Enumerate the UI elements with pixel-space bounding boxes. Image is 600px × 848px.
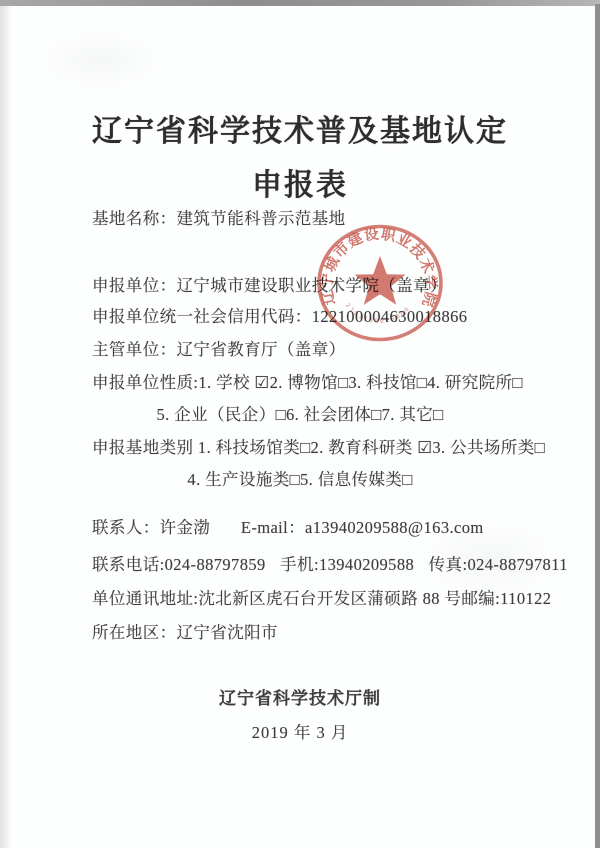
field-region: 所在地区：辽宁省沈阳市 — [92, 619, 278, 643]
scanned-application-form: 辽宁省科学技术普及基地认定 申报表 基地名称：建筑节能科普示范基地 申报单位：辽… — [0, 0, 600, 848]
field-unit-nature-line2: 5. 企业（民企）□6. 社会团体□7. 其它□ — [0, 401, 600, 425]
svg-text:2101130018866: 2101130018866 — [344, 302, 412, 325]
official-seal: 辽宁城市建设职业技术学院 2101130018866 — [302, 212, 458, 358]
mobile-label: 手机: — [280, 555, 319, 574]
applicant-label: 申报单位： — [92, 276, 177, 295]
region-label: 所在地区： — [92, 623, 177, 642]
field-address: 单位通讯地址:沈北新区虎石台开发区蒲硕路 88 号邮编:110122 — [92, 585, 551, 609]
mobile-value: 13940209588 — [319, 555, 414, 574]
contact-name-value: 许金渤 — [160, 518, 211, 537]
form-title-line1: 辽宁省科学技术普及基地认定 — [0, 106, 600, 150]
field-base-category-line1: 申报基地类别 1. 科技场馆类□2. 教育科研类 ☑3. 公共场所类□ — [92, 434, 545, 458]
field-contact: 联系人：许金渤 E-mail：a13940209588@163.com — [92, 514, 484, 538]
form-title-line2: 申报表 — [0, 160, 600, 204]
postcode-label: 邮编: — [461, 589, 500, 608]
supervisor-label: 主管单位： — [92, 340, 177, 359]
field-unit-nature-line1: 申报单位性质:1. 学校 ☑2. 博物馆□3. 科技馆□4. 研究院所□ — [92, 369, 523, 393]
address-label: 单位通讯地址: — [92, 589, 198, 608]
seal-code-digits: 2101130018866 — [344, 302, 412, 325]
email-label: E-mail： — [241, 518, 305, 537]
postcode-value: 110122 — [500, 589, 551, 608]
phone-label: 联系电话: — [92, 555, 165, 574]
email-value: a13940209588@163.com — [305, 518, 484, 537]
field-phones: 联系电话:024-88797859 手机:13940209588 传真:024-… — [92, 551, 568, 575]
base-name-label: 基地名称： — [92, 209, 177, 228]
address-value: 沈北新区虎石台开发区蒲硕路 88 号 — [198, 589, 461, 608]
field-base-category-line2: 4. 生产设施类□5. 信息传媒类□ — [0, 466, 600, 490]
seal-star-icon — [355, 256, 406, 305]
scan-smudge — [40, 30, 160, 90]
credit-code-label: 申报单位统一社会信用代码： — [92, 307, 312, 326]
region-value: 辽宁省沈阳市 — [177, 623, 278, 642]
footer-date: 2019 年 3 月 — [0, 719, 600, 743]
fax-value: 024-88797811 — [467, 555, 567, 574]
scan-edge-top — [0, 0, 600, 6]
footer-issuer: 辽宁省科学技术厅制 — [0, 684, 600, 709]
fax-label: 传真: — [429, 555, 468, 574]
phone-value: 024-88797859 — [165, 555, 266, 574]
contact-name-label: 联系人： — [92, 518, 160, 537]
